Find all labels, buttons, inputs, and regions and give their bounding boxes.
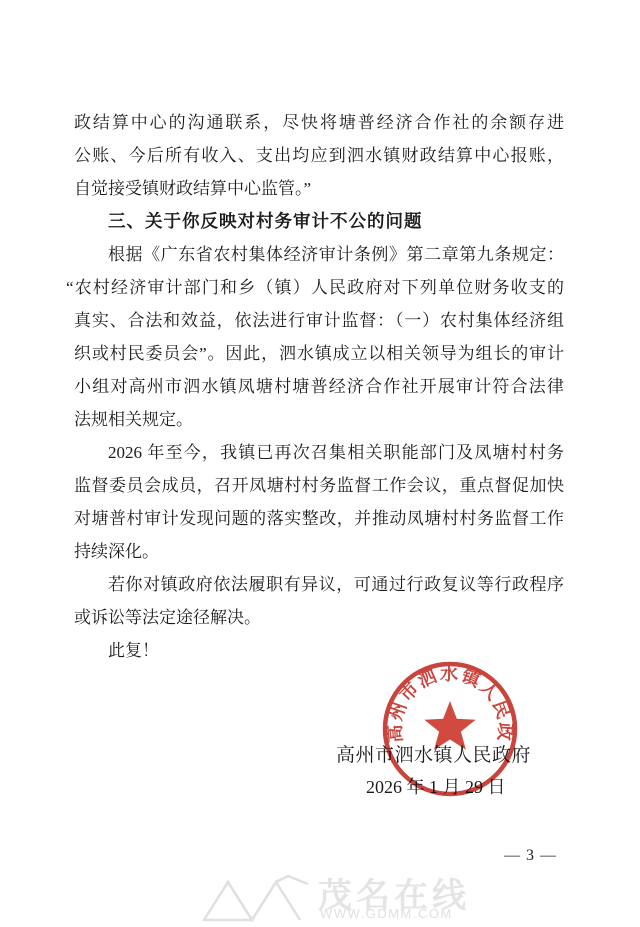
body-text: 政结算中心的沟通联系，尽快将塘普经济合作社的余额存进 公账、今后所有收入、支出均… — [74, 106, 564, 667]
watermark: 茂名在线 WWW.GDMM.COM — [200, 872, 490, 927]
watermark-logo-icon — [200, 874, 312, 924]
text-line: 若你对镇政府依法履职有异议，可通过行政复议等行政程序 — [74, 568, 564, 601]
text-line: 公账、今后所有收入、支出均应到泗水镇财政结算中心报账， — [74, 139, 564, 172]
text-line: 2026 年至今，我镇已再次召集相关职能部门及凤塘村村务 — [74, 436, 564, 469]
text-line: 真实、合法和效益，依法进行审计监督：（一）农村集体经济组 — [74, 304, 564, 337]
text-line: 根据《广东省农村集体经济审计条例》第二章第九条规定： — [74, 238, 564, 271]
text-line: 或诉讼等法定途径解决。 — [74, 601, 564, 634]
text-line: 对塘普村审计发现问题的落实整改，并推动凤塘村村务监督工作 — [74, 502, 564, 535]
text-line: 自觉接受镇财政结算中心监管。” — [74, 172, 564, 205]
text-line: 小组对高州市泗水镇凤塘村塘普经济合作社开展审计符合法律 — [74, 370, 564, 403]
text-line: 政结算中心的沟通联系，尽快将塘普经济合作社的余额存进 — [74, 106, 564, 139]
document-page: 政结算中心的沟通联系，尽快将塘普经济合作社的余额存进 公账、今后所有收入、支出均… — [0, 0, 640, 927]
text-line: 监督委员会成员，召开凤塘村村务监督工作会议，重点督促加快 — [74, 469, 564, 502]
text-line: 法规相关规定。 — [74, 403, 564, 436]
text-line: “农村经济审计部门和乡（镇）人民政府对下列单位财务收支的 — [66, 271, 564, 304]
section-heading: 三、关于你反映对村务审计不公的问题 — [74, 205, 564, 238]
seal-star-icon — [424, 701, 475, 750]
watermark-site-url: WWW.GDMM.COM — [320, 906, 453, 921]
text-line: 持续深化。 — [74, 535, 564, 568]
official-seal: 高州市泗水镇人民政府 — [372, 654, 532, 814]
text-line: 织或村民委员会”。因此，泗水镇成立以相关领导为组长的审计 — [74, 337, 564, 370]
page-number: — 3 — — [504, 847, 557, 865]
